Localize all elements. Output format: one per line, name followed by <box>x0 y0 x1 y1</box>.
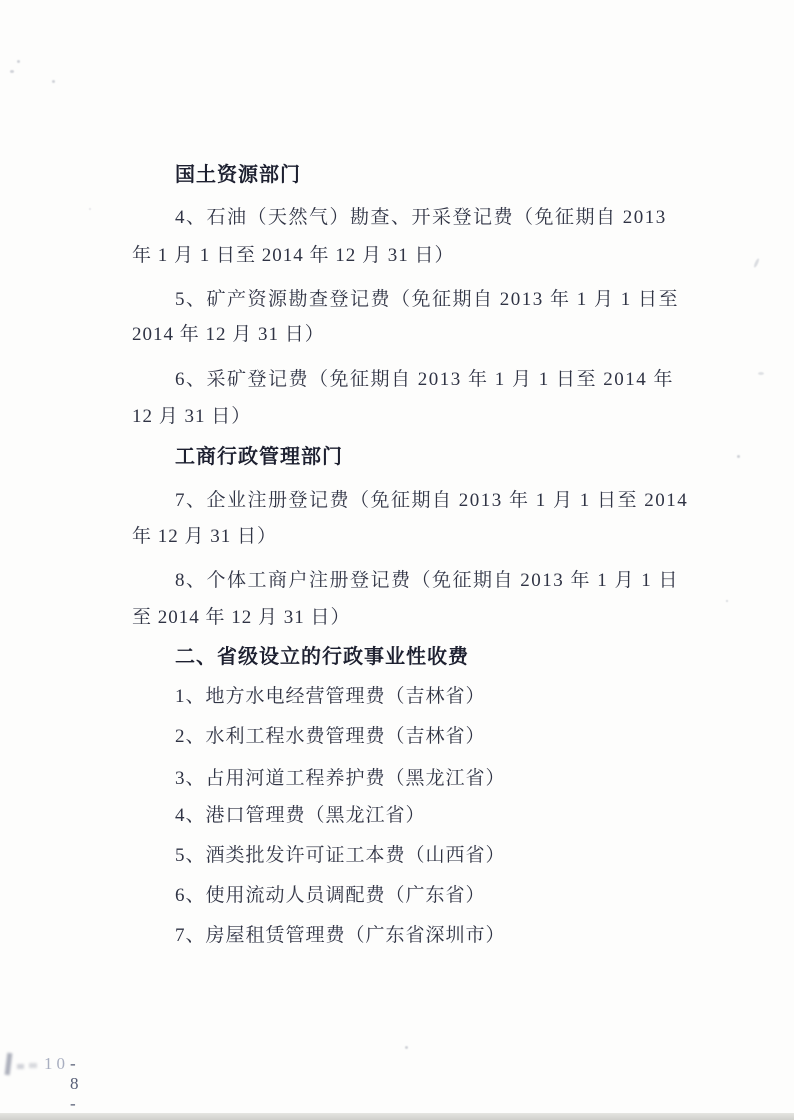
item-8-individual-line-2: 至 2014 年 12 月 31 日） <box>132 605 351 631</box>
faded-footer-digits: 10 <box>44 1054 69 1074</box>
provincial-item-1: 1、地方水电经营管理费（吉林省） <box>175 684 486 710</box>
ink-smudge <box>5 1053 13 1075</box>
provincial-item-5: 5、酒类批发许可证工本费（山西省） <box>175 843 506 869</box>
item-5-mineral-line-1: 5、矿产资源勘查登记费（免征期自 2013 年 1 月 1 日至 <box>175 287 657 313</box>
section-heading-provincial-fees: 二、省级设立的行政事业性收费 <box>175 644 469 670</box>
item-7-enterprise-line-1: 7、企业注册登记费（免征期自 2013 年 1 月 1 日至 2014 <box>175 488 657 514</box>
provincial-item-4: 4、港口管理费（黑龙江省） <box>175 803 426 829</box>
item-5-mineral-line-2: 2014 年 12 月 31 日） <box>132 322 325 348</box>
provincial-item-3: 3、占用河道工程养护费（黑龙江省） <box>175 766 506 792</box>
item-4-petroleum-line-1: 4、石油（天然气）勘查、开采登记费（免征期自 2013 <box>175 205 657 231</box>
item-6-mining-line-1: 6、采矿登记费（免征期自 2013 年 1 月 1 日至 2014 年 <box>175 367 657 393</box>
item-4-petroleum-line-2: 年 1 月 1 日至 2014 年 12 月 31 日） <box>132 243 455 269</box>
scan-edge-band <box>0 1113 794 1120</box>
scan-speck <box>726 600 728 602</box>
scanned-document-page: 国土资源部门 4、石油（天然气）勘查、开采登记费（免征期自 2013 年 1 月… <box>0 0 794 1120</box>
scan-speck <box>89 208 91 210</box>
scan-speck <box>10 70 14 73</box>
item-6-mining-line-2: 12 月 31 日） <box>132 404 251 430</box>
item-8-individual-line-1: 8、个体工商户注册登记费（免征期自 2013 年 1 月 1 日 <box>175 568 657 594</box>
provincial-item-2: 2、水利工程水费管理费（吉林省） <box>175 724 486 750</box>
scan-speck <box>737 455 740 458</box>
ink-smudge <box>17 1064 24 1069</box>
scan-speck <box>753 258 760 268</box>
section-heading-land-resources: 国土资源部门 <box>175 162 301 188</box>
provincial-item-6: 6、使用流动人员调配费（广东省） <box>175 883 486 909</box>
scan-speck <box>52 80 55 83</box>
scan-speck <box>405 1046 408 1049</box>
section-heading-industry-commerce: 工商行政管理部门 <box>175 444 343 470</box>
page-number: - 8 - <box>70 1054 83 1114</box>
provincial-item-7: 7、房屋租赁管理费（广东省深圳市） <box>175 923 506 949</box>
scan-speck <box>758 372 764 375</box>
ink-smudge <box>29 1063 37 1068</box>
scan-speck <box>17 60 20 63</box>
item-7-enterprise-line-2: 年 12 月 31 日） <box>132 524 277 550</box>
